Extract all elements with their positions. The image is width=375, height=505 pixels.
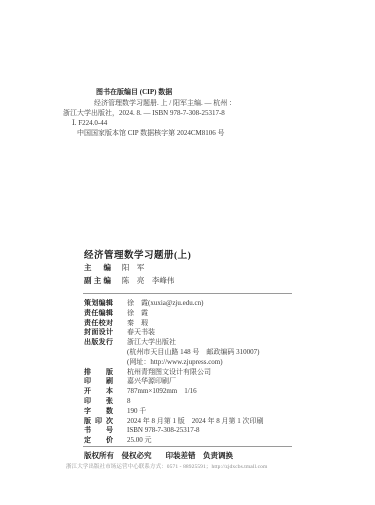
row-value: 浙江大学出版社 <box>127 338 176 346</box>
copyright-notice: 版权所有 侵权必究印装差错 负责调换 <box>84 450 233 461</box>
row-value: 春天书装 <box>127 328 155 336</box>
chief-editor-names: 阳 军 <box>122 263 145 272</box>
row-proofreader: 责任校对秦 瑕 <box>84 319 264 329</box>
chief-editor-role: 主编 <box>84 261 111 274</box>
row-value: 徐 霞 <box>127 309 148 317</box>
row-publisher-address: (杭州市天目山路 148 号 邮政编码 310007) <box>84 348 264 358</box>
deputy-editor-role: 副主编 <box>84 274 111 287</box>
row-value: 嘉兴华源印刷厂 <box>127 377 176 385</box>
row-label: 开本 <box>84 387 113 397</box>
cip-title-line: 经济管理数学习题册. 上 / 阳军主编. — 杭州 ： <box>63 98 315 109</box>
row-value: 杭州青翔图文设计有限公司 <box>127 368 211 376</box>
row-responsible-editor: 责任编辑徐 霞 <box>84 309 264 319</box>
row-label: 策划编辑 <box>84 299 113 309</box>
row-label: 版印次 <box>84 417 113 427</box>
divider-bottom <box>83 446 292 447</box>
cip-heading: 图书在版编目 (CIP) 数据 <box>63 87 315 98</box>
row-value: (杭州市天目山路 148 号 邮政编码 310007) <box>127 348 259 356</box>
row-value: 25.00 元 <box>127 436 152 444</box>
row-value: ISBN 978-7-308-25317-8 <box>127 426 200 434</box>
deputy-editor-names: 陈 亮 李峰伟 <box>122 276 175 285</box>
copyright-notice-right: 印装差错 负责调换 <box>166 451 234 460</box>
publisher-contact-line: 浙江大学出版社市场运营中心联系方式：0571 - 88925591；http:/… <box>66 462 267 470</box>
book-title: 经济管理数学习题册(上) <box>84 247 191 261</box>
row-publisher: 出版发行浙江大学出版社 <box>84 338 264 348</box>
row-label: 字数 <box>84 407 113 417</box>
colophon-list: 策划编辑徐 霞(xuxia@zju.edu.cn) 责任编辑徐 霞 责任校对秦 … <box>84 299 264 446</box>
row-value: 190 千 <box>127 407 146 415</box>
copyright-notice-left: 版权所有 侵权必究 <box>84 451 152 460</box>
row-value: 秦 瑕 <box>127 319 148 327</box>
cip-publisher-isbn-line: 浙江大学出版社，2024. 8. — ISBN 978-7-308-25317-… <box>63 108 315 119</box>
row-isbn: 书号ISBN 978-7-308-25317-8 <box>84 426 264 436</box>
title-block: 经济管理数学习题册(上) 主编 阳 军 副主编 陈 亮 李峰伟 <box>84 247 191 287</box>
row-format: 开本787mm×1092mm 1/16 <box>84 387 264 397</box>
divider-top <box>83 293 292 294</box>
row-cover-design: 封面设计春天书装 <box>84 328 264 338</box>
row-label: 印刷 <box>84 377 113 387</box>
copyright-page: 图书在版编目 (CIP) 数据 经济管理数学习题册. 上 / 阳军主编. — 杭… <box>0 0 375 505</box>
row-value: 徐 霞(xuxia@zju.edu.cn) <box>127 299 203 307</box>
row-value: 8 <box>127 397 131 405</box>
cip-classification-line: Ⅰ. F224.0-44 <box>63 119 315 129</box>
cip-block: 图书在版编目 (CIP) 数据 经济管理数学习题册. 上 / 阳军主编. — 杭… <box>63 87 315 140</box>
cip-record-number-line: 中国国家版本馆 CIP 数据核字第 2024CM8106 号 <box>63 128 315 140</box>
row-value: 787mm×1092mm 1/16 <box>127 387 197 395</box>
row-label: 责任编辑 <box>84 309 113 319</box>
row-label: 书号 <box>84 426 113 436</box>
row-publisher-website: (网址：http://www.zjupress.com) <box>84 358 264 368</box>
deputy-editor-line: 副主编 陈 亮 李峰伟 <box>84 274 191 287</box>
row-label: 责任校对 <box>84 319 113 329</box>
row-printing: 印刷嘉兴华源印刷厂 <box>84 377 264 387</box>
row-price: 定价25.00 元 <box>84 436 264 446</box>
row-label: 封面设计 <box>84 328 113 338</box>
row-planning-editor: 策划编辑徐 霞(xuxia@zju.edu.cn) <box>84 299 264 309</box>
row-label: 定价 <box>84 436 113 446</box>
row-label: 印张 <box>84 397 113 407</box>
row-label: 出版发行 <box>84 338 113 348</box>
row-typesetting: 排版杭州青翔图文设计有限公司 <box>84 368 264 378</box>
row-value: 2024 年 8 月第 1 版 2024 年 8 月第 1 次印刷 <box>127 417 264 425</box>
row-value: (网址：http://www.zjupress.com) <box>127 358 223 366</box>
row-edition: 版印次2024 年 8 月第 1 版 2024 年 8 月第 1 次印刷 <box>84 417 264 427</box>
row-label: 排版 <box>84 368 113 378</box>
row-word-count: 字数190 千 <box>84 407 264 417</box>
row-sheets: 印张8 <box>84 397 264 407</box>
chief-editor-line: 主编 阳 军 <box>84 261 191 274</box>
